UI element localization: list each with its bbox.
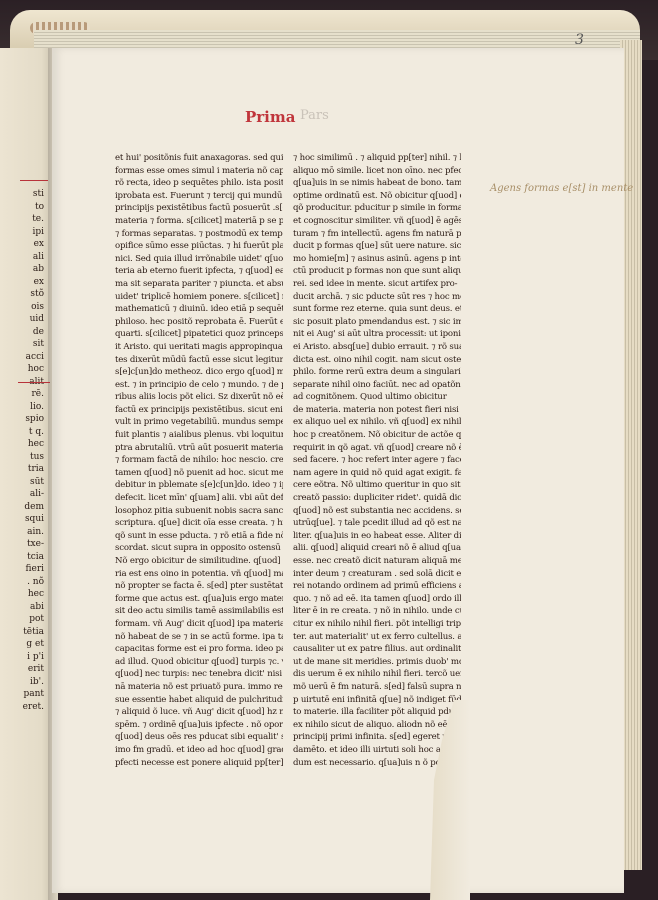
text-line: ma sit separata pariter ⁊ piuncta. et ab… [115,278,283,291]
text-line: liter ē in re creata. ⁊ nõ in nihilo. un… [293,605,461,618]
text-fragment: eret. [0,701,44,714]
text-line: cere eõtra. Nõ ultimo queritur in quo si… [293,479,461,492]
text-fragment: de [0,326,44,339]
text-fragment: ex [0,276,44,289]
text-fragment: spio [0,413,44,426]
text-line: forme que actus est. q[ua]uis ergo mater… [115,593,283,606]
text-fragment: lio. [0,401,44,414]
text-line: optime ordinatū est. Nõ obicitur q[uod] … [293,190,461,203]
text-fragment: pot [0,613,44,626]
text-line: ad cognitõnem. Quod ultimo obicitur [293,391,461,404]
text-line: est. ⁊ in principio de celo ⁊ mundo. ⁊ d… [115,379,283,392]
text-line: separate nihil oino faciūt. nec ad opatõ… [293,379,461,392]
text-line: ptra abrutaliū. vtrū aūt posuerit materi… [115,442,283,455]
text-line: sue essentie habet aliquid de pulchritud… [115,694,283,707]
text-line: pfecti necesse est ponere aliquid pp[ter… [115,757,283,770]
text-line: scordat. sicut supra in opposito ostensū… [115,542,283,555]
text-line: tes dixerūt mūdū factū esse sicut legitu… [115,354,283,367]
text-fragment: squi [0,513,44,526]
text-fragment: ali- [0,488,44,501]
text-line: defecit. licet mīn' q[uam] alii. vbi aūt… [115,492,283,505]
text-line: rei. sed idee in mente. sicut artifex pr… [293,278,461,291]
text-fragment: hec [0,588,44,601]
text-fragment: sūt [0,476,44,489]
text-line: debitur in pblemate s[e]c[un]do. ideo ⁊ … [115,479,283,492]
text-column-left: et hui' positõnis fuit anaxagoras. sed q… [115,152,283,769]
text-line: utrūq[ue]. ⁊ tale pcedit illud ad qõ est… [293,517,461,530]
text-fragment: abi [0,601,44,614]
text-line: causaliter ut ex patre filius. aut ordin… [293,643,461,656]
text-fragment: dem [0,501,44,514]
text-line: et hui' positõnis fuit anaxagoras. sed q… [115,152,283,165]
text-line: requirit in qõ agat. vñ q[uod] creare nõ… [293,442,461,455]
text-line: dum est necessario. q[ua]uis n õ possit … [293,757,461,770]
text-fragment: tus [0,451,44,464]
text-line: rõ recta, ideo p sequētes philo. ista po… [115,177,283,190]
left-page: stitote.ipiexaliabexstõoisuiddesitacciho… [0,48,52,900]
text-line: q[uod] nec turpis: nec tenebra dicit' ni… [115,668,283,681]
text-line: qõ producitur. pducitur p simile in form… [293,202,461,215]
text-fragment: ali [0,251,44,264]
text-line: ter. aut materialit' ut ex ferro cultell… [293,631,461,644]
text-line: iprobata est. Fuerunt ⁊ tercij qui mundū… [115,190,283,203]
text-line: teria ab eterno fuerit ipfecta, ⁊ q[uod]… [115,265,283,278]
rubric-line-mark [18,382,50,383]
text-line: ducit p formas q[ue] sūt uere nature. si… [293,240,461,253]
text-line: ctū producit p formas non que sunt aliqu… [293,265,461,278]
text-line: to materie. illa faciliter põt aliquid p… [293,706,461,719]
text-line: ribus aliis locis põt elici. Sz dixerūt … [115,391,283,404]
text-line: capacitas forme est ei pro forma. ideo p… [115,643,283,656]
text-fragment: acci [0,351,44,364]
running-head: Prima [245,108,295,126]
text-line: damēto. et ideo illi uirtuti soli hoc at… [293,744,461,757]
text-line: turam ⁊ fm intellectū. agens fm naturā p… [293,228,461,241]
marginal-annotation: Agens formas e[st] in mente [490,183,633,194]
text-line: hoc p creatõnem. Nõ obicitur de actõe q[… [293,429,461,442]
text-fragment: tētia [0,626,44,639]
text-fragment: ain. [0,526,44,539]
left-page-text-fragments: stitote.ipiexaliabexstõoisuiddesitacciho… [0,188,44,713]
text-fragment: tria [0,463,44,476]
text-fragment: tcia [0,551,44,564]
text-line: quo. ⁊ nõ ad eē. ita tamen q[uod] ordo i… [293,593,461,606]
text-line: sic posuit plato pmendandus est. ⁊ sic i… [293,316,461,329]
text-line: ⁊ aliquid õ luce. vñ Aug' dicit q[uod] h… [115,706,283,719]
text-line: ei Aristo. absq[ue] dubio errauit. ⁊ rõ … [293,341,461,354]
text-line: et cognoscitur similiter. vñ q[uod] ē ag… [293,215,461,228]
text-line: creatõ passio: dupliciter ridet'. quidā … [293,492,461,505]
text-line: mo homie[m] ⁊ asinus asinū. agens p inte… [293,253,461,266]
text-line: p uirtutē eni infinitā q[ue] nõ indiget … [293,694,461,707]
text-line: ex nihilo sicut de aliquo. aliodn nõ eēt… [293,719,461,732]
text-fragment: sit [0,338,44,351]
text-fragment: sti [0,188,44,201]
text-line: ut de mane sit meridies. primis duob' mo… [293,656,461,669]
text-line: de materia. materia non potest fieri nis… [293,404,461,417]
text-line: principijs pexistētibus factū posuerūt .… [115,202,283,215]
text-fragment: txe- [0,538,44,551]
text-line: q[ua]uis in se nimis habeat de bono. tam… [293,177,461,190]
text-line: rei notando ordinem ad primū efficiens a [293,580,461,593]
text-line: ex aliquo uel ex nihilo. vñ q[uod] ex ni… [293,416,461,429]
text-line: liter. q[ua]uis in eo habeat esse. Alite… [293,530,461,543]
text-line: vult in primo vegetabiliū. mundus semper [115,416,283,429]
text-fragment: hoc [0,363,44,376]
text-fragment: i p'i [0,651,44,664]
text-fragment: ipi [0,226,44,239]
text-line: opifice sūmo esse piūctas. ⁊ hi fuerūt p… [115,240,283,253]
text-line: dis uerum ē ex nihilo nihil fieri. tercõ… [293,668,461,681]
text-line: mõ uerū ē fm naturā. s[ed] falsū supra n… [293,681,461,694]
text-line: it Aristo. qui ueritati magis appropinqu… [115,341,283,354]
text-line: s[e]c[un]do metheoz. dico ergo q[uod] ma… [115,366,283,379]
text-fragment: ib'. [0,676,44,689]
text-fragment: ois [0,301,44,314]
text-line: nici. Sed quia illud irrõnabile uidet' q… [115,253,283,266]
text-line: ⁊ formam factā de nihilo: hoc nescio. cr… [115,454,283,467]
text-line: nõ propter se facta ē. s[ed] pter sustēt… [115,580,283,593]
text-line: dicta est. oino nihil cogit. nam sicut o… [293,354,461,367]
text-line: inter deum ⁊ creaturam . sed solā dicit … [293,568,461,581]
text-line: sed facere. ⁊ hoc refert inter agere ⁊ f… [293,454,461,467]
text-column-right: ⁊ hoc similimū . ⁊ aliquid pp[ter] nihil… [293,152,461,769]
text-line: q[uod] deus oēs res pducat sibi equalit'… [115,731,283,744]
text-fragment: ex [0,238,44,251]
text-line: q[uod] nõ est substantia nec accidens. s… [293,505,461,518]
text-fragment: to [0,201,44,214]
text-line: factū ex principijs pexistētibus. sicut … [115,404,283,417]
text-line: ria est ens oino in potentia. vñ q[uod] … [115,568,283,581]
text-line: ad illud. Quod obicitur q[uod] turpis ⁊c… [115,656,283,669]
text-fragment: rē. [0,388,44,401]
text-line: sunt forme rez eterne. quia sunt deus. e… [293,303,461,316]
text-line: sit deo actu similis tamē assimilabilis … [115,605,283,618]
text-line: tamen q[uod] nõ puenit ad hoc. sicut mel… [115,467,283,480]
text-line: nā materia nõ est priuatõ pura. immo rec… [115,681,283,694]
text-fragment: hec [0,438,44,451]
text-fragment: pant [0,688,44,701]
text-fragment: t q. [0,426,44,439]
text-line: fuit plantis ⁊ aialibus plenus. vbi loqu… [115,429,283,442]
text-line: ⁊ hoc similimū . ⁊ aliquid pp[ter] nihil… [293,152,461,165]
text-fragment: stõ [0,288,44,301]
text-line: ⁊ formas separatas. ⁊ postmodū ex tempe … [115,228,283,241]
text-fragment: uid [0,313,44,326]
text-line: philo. forme rerū extra deum a singulari… [293,366,461,379]
text-line: aliquo mō simile. licet non oīno. nec pf… [293,165,461,178]
text-line: alii. q[uod] aliquid creari nõ ē aliud q… [293,542,461,555]
text-fragment: erit [0,663,44,676]
text-line: quarti. s[cilicet] pipatetici quoz princ… [115,328,283,341]
text-line: materia ⁊ forma. s[cilicet] materiā p se… [115,215,283,228]
text-line: formam. vñ Aug' dicit q[uod] ipa materia… [115,618,283,631]
text-line: nam agere in quid nõ quid agat exigit. f… [293,467,461,480]
running-head-ghost: Pars [300,108,329,123]
text-fragment: g et [0,638,44,651]
text-fragment: fieri [0,563,44,576]
text-fragment: . nõ [0,576,44,589]
text-line: Nõ ergo obicitur de similitudine. q[uod]… [115,555,283,568]
text-line: esse. nec creatõ dicit naturam aliquā me… [293,555,461,568]
text-line: scriptura. q[ue] dicit oīa esse creata. … [115,517,283,530]
text-line: losophoz pitia subuenit nobis sacra sanc… [115,505,283,518]
text-line: philoso. hec positõ reprobata ē. Fuerūt … [115,316,283,329]
text-line: nõ habeat de se ⁊ in se actū forme. ipa … [115,631,283,644]
text-line: citur ex nihilo nihil fieri. põt intelli… [293,618,461,631]
text-line: qõ sunt in esse pducta. ⁊ rõ etiā a fide… [115,530,283,543]
text-line: nit ei Aug' si aūt ultra processit: ut i… [293,328,461,341]
text-line: mathematicū ⁊ diuinū. ideo etiā p sequēt… [115,303,283,316]
text-line: formas esse omes simul i materia nõ capi… [115,165,283,178]
text-line: ducit archā. ⁊ sic pducte sūt res ⁊ hoc … [293,291,461,304]
text-fragment: ab [0,263,44,276]
text-line: spēm. ⁊ ordinē q[ua]uis ipfecte . nõ opo… [115,719,283,732]
text-line: principij primi infinita. s[ed] egeret m… [293,731,461,744]
rubric-line-mark [20,180,48,181]
text-fragment: te. [0,213,44,226]
text-line: imo fm gradū. et ideo ad hoc q[uod] grad… [115,744,283,757]
folio-number: 3 [575,32,584,48]
text-line: uidet' triplicē homiem ponere. s[cilicet… [115,291,283,304]
